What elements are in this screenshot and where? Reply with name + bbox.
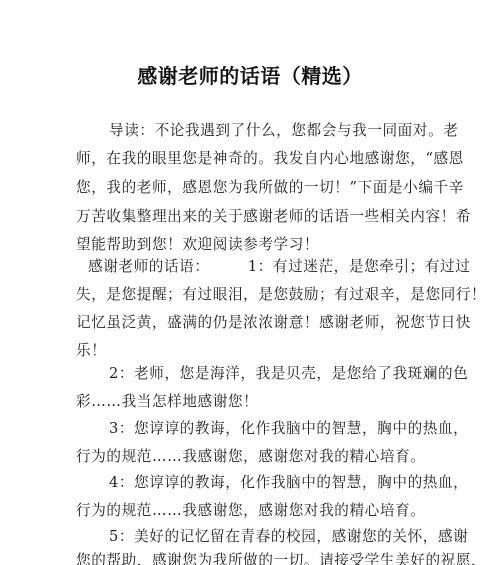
paragraph-line: 您，我的老师，感恩您为我所做的一切！”下面是小编千辛	[76, 176, 464, 197]
paragraph-line: 望能帮助到您！欢迎阅读参考学习！	[76, 233, 319, 254]
document-title: 感谢老师的话语（精选）	[0, 60, 500, 89]
paragraph-line: 5：美好的记忆留在青春的校园，感谢您的关怀，感谢	[109, 525, 468, 546]
paragraph-line: 乐！	[76, 339, 106, 360]
paragraph-line: 您的帮助，感谢您为我所做的一切。请接受学生美好的祝愿，	[76, 549, 486, 565]
paragraph-line: 2：老师，您是海洋，我是贝壳，是您给了我斑斓的色	[109, 362, 468, 383]
paragraph-line: 3：您谆谆的教诲，化作我脑中的智慧，胸中的热血，	[109, 417, 468, 438]
paragraph-line: 行为的规范……我感谢您，感谢您对我的精心培育。	[76, 445, 425, 466]
paragraph-line: 记忆虽泛黄，盛满的仍是浓浓谢意！感谢老师，祝您节日快	[76, 311, 471, 332]
paragraph-line: 4：您谆谆的教诲，化作我脑中的智慧，胸中的热血，	[109, 471, 468, 492]
paragraph-line: 师，在我的眼里您是神奇的。我发自内心地感谢您，“感恩	[76, 147, 464, 168]
paragraph-line: 失，是您提醒；有过眼泪，是您鼓励；有过艰辛，是您同行！	[76, 283, 486, 304]
paragraph-line: 导读：不论我遇到了什么，您都会与我一同面对。老	[109, 119, 458, 140]
paragraph-line: 感谢老师的话语： 1：有过迷茫，是您牵引；有过过	[88, 255, 470, 276]
document-page: 感谢老师的话语（精选） 导读：不论我遇到了什么，您都会与我一同面对。老 师，在我…	[0, 0, 500, 565]
paragraph-line: 万苦收集整理出来的关于感谢老师的话语一些相关内容！希	[76, 205, 471, 226]
paragraph-line: 行为的规范……我感谢您，感谢您对我的精心培育。	[76, 499, 425, 520]
paragraph-line: 彩……我当怎样地感谢您！	[76, 390, 258, 411]
